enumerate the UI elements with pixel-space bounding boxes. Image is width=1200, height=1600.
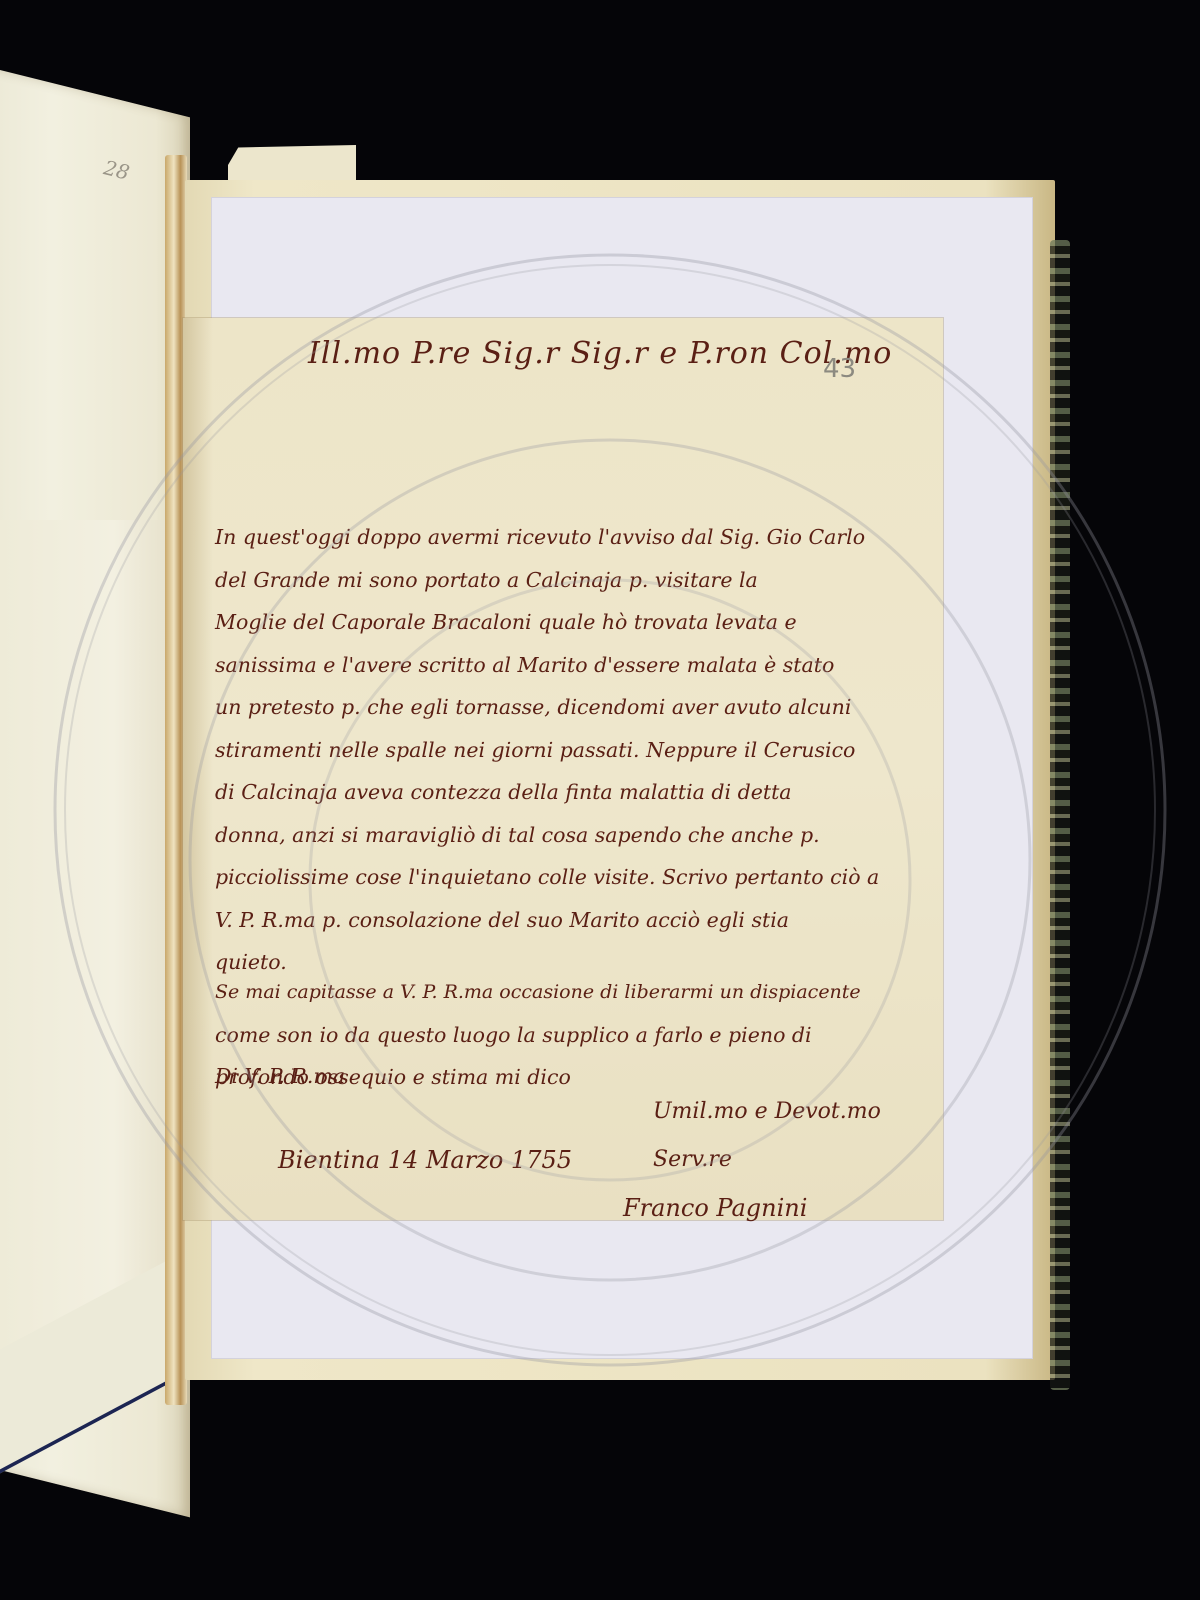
letter-salutation: Ill.mo P.re Sig.r Sig.r e P.ron Col.mo — [308, 336, 892, 371]
letter-line: V. P. R.ma p. consolazione del suo Marit… — [215, 899, 915, 942]
left-book-page-body — [0, 520, 190, 1380]
letter-line: In quest'oggi doppo avermi ricevuto l'av… — [215, 516, 915, 559]
signature-block: Umil.mo e Devot.mo Serv.re Franco Pagnin… — [653, 1088, 943, 1232]
letter-closing: Di V. P. R.ma — [215, 1056, 345, 1096]
letter-line: donna, anzi si maravigliò di tal cosa sa… — [215, 814, 915, 857]
letter-place-date: Bientina 14 Marzo 1755 — [278, 1146, 572, 1174]
letter-line: Se mai capitasse a V. P. R.ma occasione … — [215, 971, 915, 1014]
marbled-cover-edge — [1050, 240, 1070, 1390]
letter-line: quieto. — [215, 941, 915, 971]
letter-line: di Calcinaja aveva contezza della finta … — [215, 771, 915, 814]
letter-folio-number: 43 — [823, 354, 856, 384]
letter-line: picciolissime cose l'inquietano colle vi… — [215, 856, 915, 899]
letter-line: stiramenti nelle spalle nei giorni passa… — [215, 729, 915, 772]
letter-line: sanissima e l'avere scritto al Marito d'… — [215, 644, 915, 687]
letter-line: Moglie del Caporale Bracaloni quale hò t… — [215, 601, 915, 644]
manuscript-letter: Ill.mo P.re Sig.r Sig.r e P.ron Col.mo 4… — [183, 318, 943, 1220]
letter-body: In quest'oggi doppo avermi ricevuto l'av… — [215, 516, 915, 1099]
signature-name: Franco Pagnini — [623, 1184, 943, 1232]
signature-valediction: Umil.mo e Devot.mo Serv.re — [653, 1088, 943, 1184]
letter-line: del Grande mi sono portato a Calcinaja p… — [215, 559, 915, 602]
letter-line: un pretesto p. che egli tornasse, dicend… — [215, 686, 915, 729]
letter-edge-shadow — [183, 318, 213, 1220]
letter-line: come son io da questo luogo la supplico … — [215, 1014, 915, 1057]
photo-stage: 28 Ill.mo P.re Sig.r Sig.r e P.ron Col.m… — [0, 0, 1200, 1600]
